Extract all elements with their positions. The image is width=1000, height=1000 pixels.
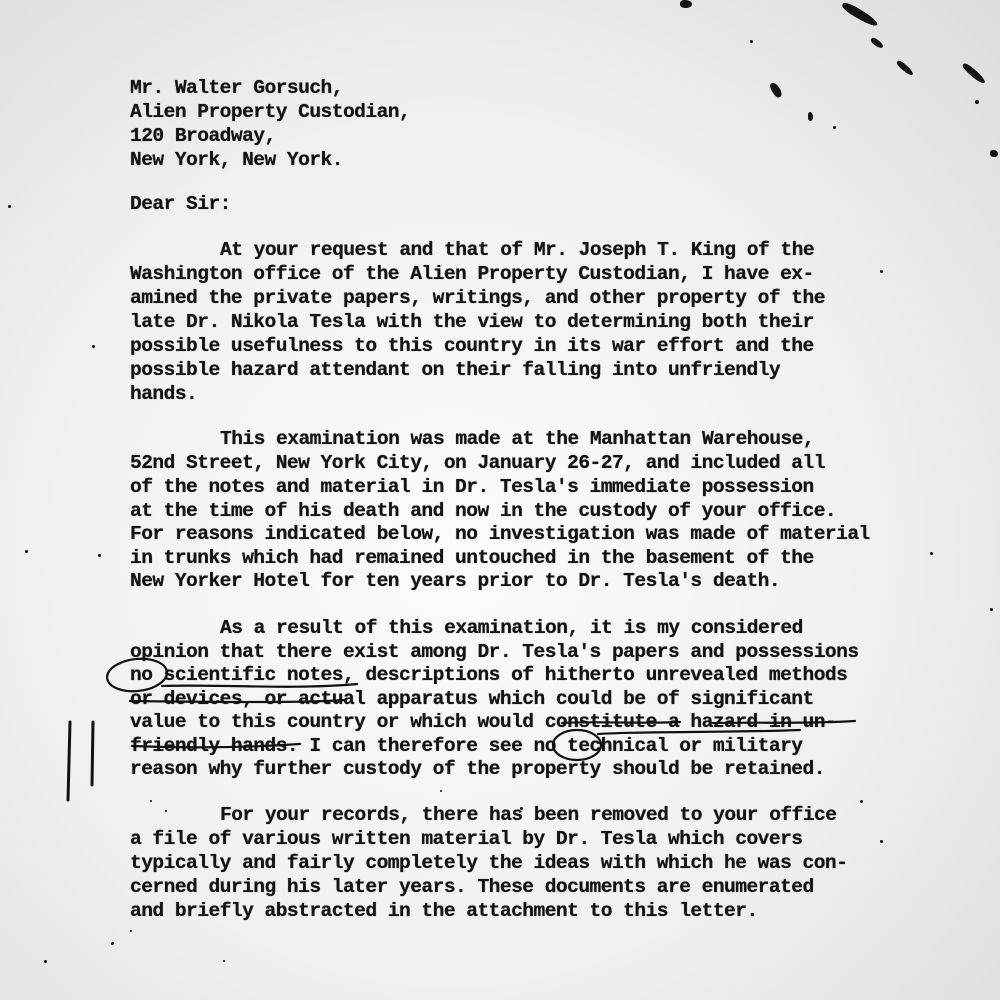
- text-line: of the notes and material in Dr. Tesla's…: [130, 475, 814, 499]
- text-line: late Dr. Nikola Tesla with the view to d…: [130, 310, 814, 334]
- text-line: value to this country or which would con…: [130, 710, 836, 734]
- text-line: cerned during his later years. These doc…: [130, 875, 814, 899]
- text-line: and briefly abstracted in the attachment…: [130, 899, 758, 923]
- text-line: hands.: [130, 382, 197, 406]
- margin-bar: [68, 722, 70, 800]
- address-line: Alien Property Custodian,: [130, 100, 410, 124]
- text-line: At your request and that of Mr. Joseph T…: [220, 238, 814, 262]
- text-line: amined the private papers, writings, and…: [130, 286, 825, 310]
- salutation: Dear Sir:: [130, 192, 231, 216]
- text-line: New Yorker Hotel for ten years prior to …: [130, 569, 780, 593]
- text-line: This examination was made at the Manhatt…: [220, 427, 814, 451]
- text-line: For your records, there has been removed…: [220, 803, 836, 827]
- document-page: Mr. Walter Gorsuch, Alien Property Custo…: [0, 0, 1000, 1000]
- text-line: 52nd Street, New York City, on January 2…: [130, 451, 825, 475]
- address-line: Mr. Walter Gorsuch,: [130, 76, 343, 100]
- text-line: opinion that there exist among Dr. Tesla…: [130, 640, 859, 664]
- text-line: in trunks which had remained untouched i…: [130, 546, 814, 570]
- text-line: no scientific notes, descriptions of hit…: [130, 663, 847, 687]
- address-line: 120 Broadway,: [130, 124, 276, 148]
- margin-bar: [92, 722, 93, 785]
- text-line: typically and fairly completely the idea…: [130, 851, 847, 875]
- text-line: As a result of this examination, it is m…: [220, 616, 803, 640]
- text-line: For reasons indicated below, no investig…: [130, 522, 870, 546]
- text-line: Washington office of the Alien Property …: [130, 262, 814, 286]
- text-line: possible usefulness to this country in i…: [130, 334, 814, 358]
- text-line: or devices, or actual apparatus which co…: [130, 687, 814, 711]
- text-line: a file of various written material by Dr…: [130, 827, 803, 851]
- address-line: New York, New York.: [130, 148, 343, 172]
- text-line: friendly hands. I can therefore see no t…: [130, 734, 803, 758]
- text-line: at the time of his death and now in the …: [130, 499, 836, 523]
- text-line: reason why further custody of the proper…: [130, 757, 825, 781]
- text-line: possible hazard attendant on their falli…: [130, 358, 780, 382]
